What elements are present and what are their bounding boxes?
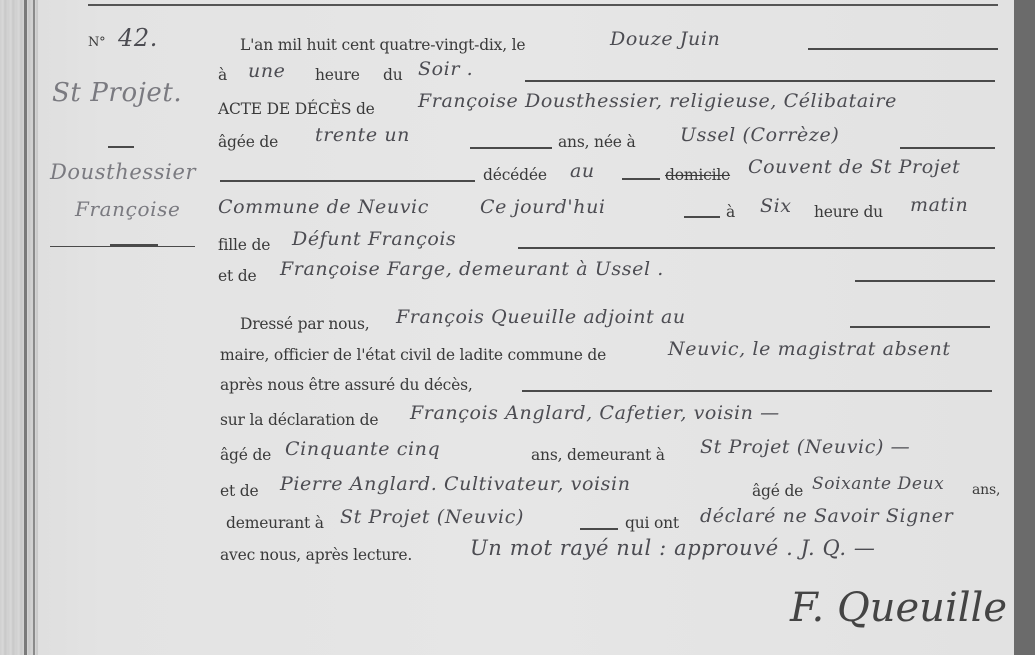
line-8-a: et de — [218, 267, 256, 285]
line-3-deceased: Françoise Dousthessier, religieuse, Céli… — [418, 90, 897, 112]
line-6-commune: Commune de Neuvic — [218, 196, 429, 218]
fill-rule — [855, 280, 995, 282]
line-12-declarant: François Anglard, Cafetier, voisin — — [410, 402, 780, 424]
line-13-residence: St Projet (Neuvic) — — [700, 436, 910, 458]
line-5-au: au — [570, 160, 595, 182]
fill-rule — [522, 390, 992, 392]
line-7-a: fille de — [218, 236, 270, 254]
officer-signature: F. Queuille — [790, 585, 1007, 631]
line-14-c: ans, — [972, 482, 1000, 498]
fill-rule — [684, 216, 720, 218]
entry-number-label: N° — [88, 35, 105, 50]
line-4-age: trente un — [315, 124, 410, 146]
line-14-age: Soixante Deux — [812, 474, 944, 494]
line-11-a: après nous être assuré du décès, — [220, 376, 473, 394]
fill-rule — [808, 48, 998, 50]
fill-rule — [580, 528, 618, 530]
line-14-b: âgé de — [752, 482, 803, 500]
line-15-declared: déclaré ne Savoir Signer — [700, 505, 953, 527]
binding-fold-line — [33, 0, 35, 655]
register-page: N° 42. St Projet. Dousthessier Françoise… — [0, 0, 1014, 655]
line-10-a: maire, officier de l'état civil de ladit… — [220, 346, 606, 364]
line-2-hour: une — [248, 60, 286, 82]
line-9-a: Dressé par nous, — [240, 315, 370, 333]
line-5-a: décédée — [483, 166, 547, 184]
line-7-father: Défunt François — [292, 228, 456, 250]
line-4-a: âgée de — [218, 133, 278, 151]
entry-number: 42. — [118, 24, 158, 52]
line-13-a: âgé de — [220, 446, 271, 464]
line-14-a: et de — [220, 482, 258, 500]
scan-border-strip — [1014, 0, 1035, 655]
line-15-b: qui ont — [625, 514, 679, 532]
line-2-c: du — [383, 66, 403, 84]
line-6-a: à — [726, 203, 735, 221]
line-5-place: Couvent de St Projet — [748, 156, 960, 178]
binding-fold-line — [24, 0, 27, 655]
line-6-time: matin — [910, 194, 968, 216]
line-6-date: Ce jourd'hui — [480, 196, 606, 218]
fill-rule — [470, 147, 552, 149]
margin-dash — [110, 244, 158, 246]
line-12-a: sur la déclaration de — [220, 411, 378, 429]
line-6-b: heure du — [814, 203, 883, 221]
line-5-struck: domicile — [665, 166, 730, 184]
line-4-birthplace: Ussel (Corrèze) — [680, 124, 839, 146]
line-15-residence: St Projet (Neuvic) — [340, 506, 524, 528]
line-2-b: heure — [315, 66, 360, 84]
margin-surname: Dousthessier — [50, 160, 196, 184]
fill-rule — [850, 326, 990, 328]
line-14-witness: Pierre Anglard. Cultivateur, voisin — [280, 473, 631, 495]
line-6-hour: Six — [760, 195, 792, 217]
line-16-note: Un mot rayé nul : approuvé . J. Q. — — [470, 536, 875, 560]
line-16-a: avec nous, après lecture. — [220, 546, 412, 564]
top-border-rule — [88, 4, 998, 6]
fill-rule — [518, 247, 995, 249]
fill-rule — [525, 80, 995, 82]
line-4-b: ans, née à — [558, 133, 636, 151]
fill-rule — [622, 178, 660, 180]
line-13-b: ans, demeurant à — [531, 446, 665, 464]
line-2-a: à — [218, 66, 227, 84]
line-1-printed: L'an mil huit cent quatre-vingt-dix, le — [240, 36, 525, 54]
margin-dash — [108, 146, 134, 148]
line-9-officer: François Queuille adjoint au — [396, 306, 686, 328]
line-13-age: Cinquante cinq — [285, 438, 440, 460]
line-15-a: demeurant à — [226, 514, 324, 532]
margin-rule — [50, 246, 195, 247]
line-8-mother: Françoise Farge, demeurant à Ussel . — [280, 258, 664, 280]
fill-rule — [900, 147, 995, 149]
line-2-period: Soir . — [418, 58, 473, 80]
fill-rule — [220, 180, 475, 182]
margin-place: St Projet. — [52, 78, 182, 108]
line-3-printed: ACTE DE DÉCÈS de — [218, 100, 375, 118]
line-10-commune: Neuvic, le magistrat absent — [668, 338, 951, 360]
line-1-date: Douze Juin — [610, 28, 720, 50]
margin-given-name: Françoise — [75, 197, 180, 221]
